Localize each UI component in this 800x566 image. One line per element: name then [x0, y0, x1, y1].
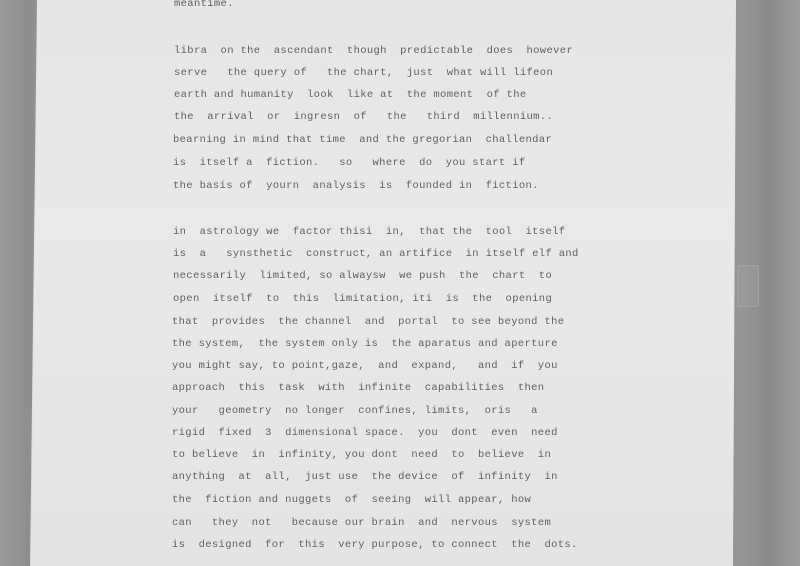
- text-line: necessarily limited, so alwaysw we push …: [173, 270, 552, 282]
- text-line: approach this task with infinite capabil…: [172, 382, 544, 394]
- text-line: the basis of yourn analysis is founded i…: [173, 180, 539, 192]
- text-line: is a synsthetic construct, an artifice i…: [173, 248, 579, 260]
- text-line: is designed for this very purpose, to co…: [172, 539, 578, 551]
- text-line: serve the query of the chart, just what …: [174, 67, 553, 79]
- text-line: bearning in mind that time and the grego…: [173, 134, 552, 146]
- scanner-side-mark: [737, 265, 759, 307]
- text-line: the fiction and nuggets of seeing will a…: [172, 494, 531, 506]
- text-line: rigid fixed 3 dimensional space. you don…: [172, 427, 558, 439]
- typewritten-text: meantime. libra on the ascendant though …: [174, 0, 614, 348]
- text-line: libra on the ascendant though predictabl…: [174, 45, 573, 57]
- text-line: you might say, to point,gaze, and expand…: [172, 360, 558, 372]
- text-line: the system, the system only is the apara…: [172, 338, 558, 350]
- text-line: your geometry no longer confines, limits…: [172, 405, 538, 417]
- text-line: is itself a fiction. so where do you sta…: [173, 157, 526, 169]
- text-line: to believe in infinity, you dont need to…: [172, 449, 551, 461]
- text-line: meantime.: [174, 0, 234, 10]
- text-line: earth and humanity look like at the mome…: [174, 89, 527, 101]
- text-line: that provides the channel and portal to …: [172, 316, 564, 328]
- text-line: open itself to this limitation, iti is t…: [173, 293, 552, 305]
- text-line: in astrology we factor thisi in, that th…: [173, 226, 565, 238]
- text-line: the arrival or ingresn of the third mill…: [174, 111, 553, 123]
- text-line: anything at all, just use the device of …: [172, 471, 558, 483]
- text-line: can they not because our brain and nervo…: [172, 517, 551, 529]
